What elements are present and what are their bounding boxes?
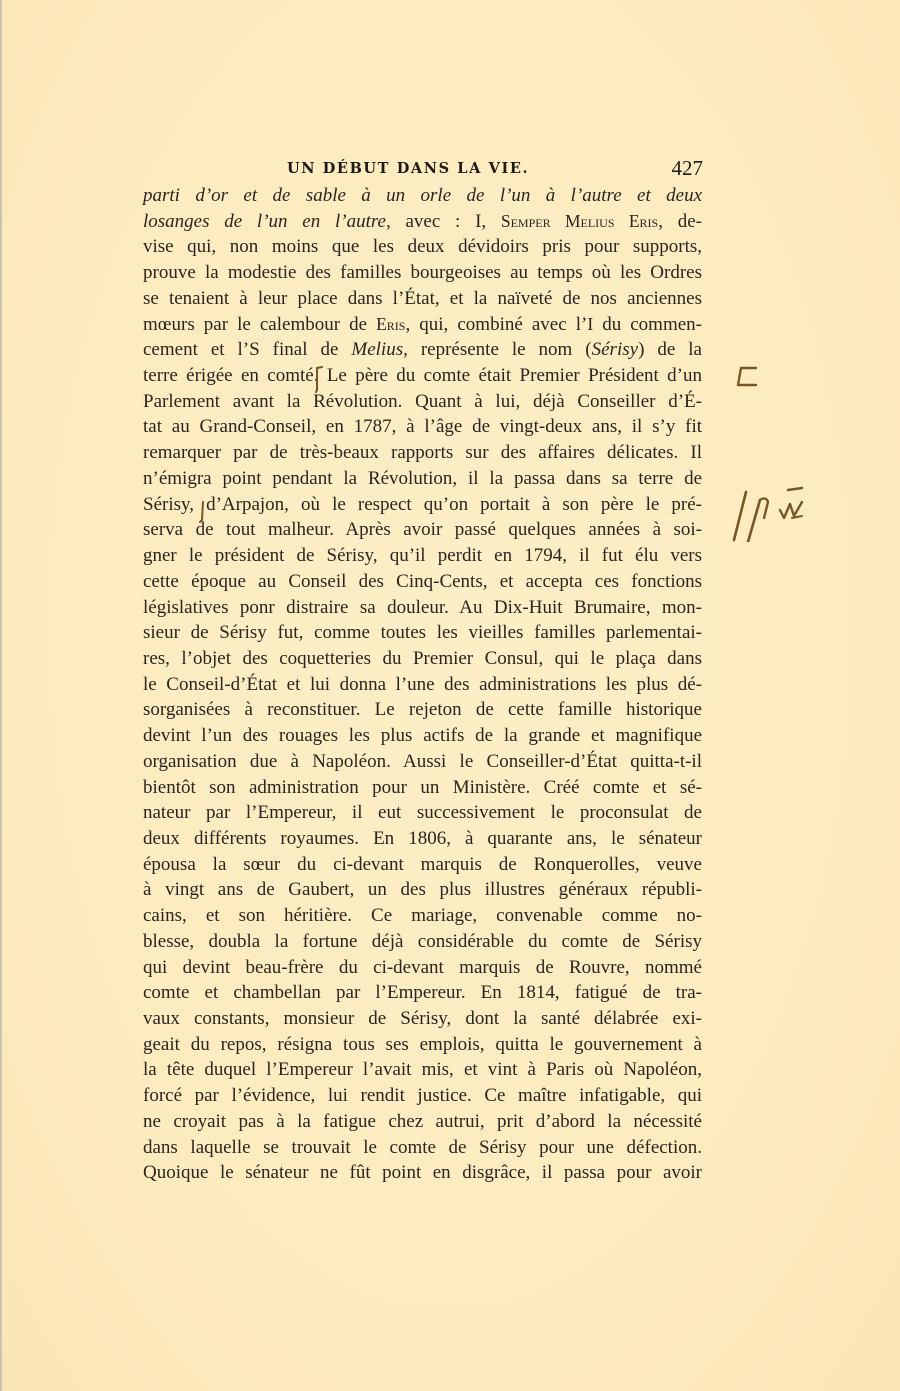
text-line: devint l’un des rouages les plus actifs …	[143, 723, 702, 749]
smallcaps-text: Eris	[376, 314, 405, 334]
page-edge	[0, 0, 2, 1391]
text-line: tat au Grand-Conseil, en 1787, à l’âge d…	[143, 414, 702, 440]
text-line: prouve la modestie des familles bourgeoi…	[143, 260, 702, 286]
text-line: res, l’objet des coquetteries du Premier…	[143, 646, 702, 672]
margin-bracket-mark-icon	[734, 365, 760, 389]
text-line: cette époque au Conseil des Cinq-Cents, …	[143, 569, 702, 595]
text-line: à vingt ans de Gaubert, un des plus illu…	[143, 877, 702, 903]
text-line: Sérisy, d’Arpajon, où le respect qu’on p…	[143, 492, 702, 518]
text-line: vaux constants, monsieur de Sérisy, dont…	[143, 1006, 702, 1032]
italic-text: Melius	[351, 339, 403, 360]
text-line: organisation due à Napoléon. Aussi le Co…	[143, 749, 702, 775]
italic-text: Sérisy	[592, 339, 638, 360]
book-page: UN DÉBUT DANS LA VIE. 427 parti d’or et …	[0, 0, 900, 1391]
inline-bracket-mark-icon	[314, 365, 324, 393]
text-line: terre érigée en comté. Le père du comte …	[143, 363, 702, 389]
text-line: sieur de Sérisy fut, comme toutes les vi…	[143, 620, 702, 646]
text-line: épousa la sœur du ci-devant marquis de R…	[143, 852, 702, 878]
text-line: dans laquelle se trouvait le comte de Sé…	[143, 1135, 702, 1161]
text-span: , représente le nom (	[403, 339, 592, 360]
text-line: deux différents royaumes. En 1806, à qua…	[143, 826, 702, 852]
text-line: blesse, doubla la fortune déjà considéra…	[143, 929, 702, 955]
running-head: UN DÉBUT DANS LA VIE. 427	[0, 157, 703, 183]
text-line: nateur par l’Empereur, il eut successive…	[143, 800, 702, 826]
running-title: UN DÉBUT DANS LA VIE.	[287, 160, 529, 177]
text-span: , de-	[658, 211, 702, 232]
body-text: parti d’or et de sable à un orle de l’un…	[143, 183, 702, 1186]
text-line: losanges de l’un en l’autre, avec : I, S…	[143, 209, 702, 235]
text-line: serva de tout malheur. Après avoir passé…	[143, 517, 702, 543]
text-line: gner le président de Sérisy, qu’il perdi…	[143, 543, 702, 569]
text-line: vise qui, non moins que les deux dévidoi…	[143, 234, 702, 260]
italic-text: parti d’or et de sable à un orle de l’un…	[143, 185, 702, 206]
text-line: le Conseil-d’État et lui donna l’une des…	[143, 672, 702, 698]
text-line: Quoique le sénateur ne fût point en disg…	[143, 1160, 702, 1186]
text-line: bientôt son administration pour un Minis…	[143, 775, 702, 801]
text-line: cains, et son héritière. Ce mariage, con…	[143, 903, 702, 929]
text-span: ) de la	[638, 339, 702, 360]
motto-smallcaps: Semper Melius Eris	[501, 211, 658, 231]
text-span: avec : I,	[391, 211, 501, 232]
text-line: remarquer par de très-beaux rapports sur…	[143, 440, 702, 466]
text-span: , qui, combiné avec l’	[405, 314, 587, 335]
text-line: geait du repos, résigna tous ses emplois…	[143, 1032, 702, 1058]
text-line: parti d’or et de sable à un orle de l’un…	[143, 183, 702, 209]
margin-handwritten-note-icon	[730, 480, 820, 542]
text-line: forcé par l’évidence, lui rendit justice…	[143, 1083, 702, 1109]
text-line: législatives ponr distraire sa douleur. …	[143, 595, 702, 621]
text-line: Parlement avant la Révolution. Quant à l…	[143, 389, 702, 415]
text-line: se tenaient à leur place dans l’État, et…	[143, 286, 702, 312]
text-line: sorganisées à reconstituer. Le rejeton d…	[143, 697, 702, 723]
text-line: cement et l’S final de Melius, représent…	[143, 337, 702, 363]
text-line: n’émigra point pendant la Révolution, il…	[143, 466, 702, 492]
text-line: mœurs par le calembour de Eris, qui, com…	[143, 312, 702, 338]
inline-insertion-mark-icon	[198, 500, 206, 524]
text-line: qui devint beau-frère du ci-devant marqu…	[143, 955, 702, 981]
text-span: du commen-	[593, 314, 702, 335]
text-line: comte et chambellan par l’Empereur. En 1…	[143, 980, 702, 1006]
text-span: cement et l’S final de	[143, 339, 351, 360]
text-span: mœurs par le calembour de	[143, 314, 376, 335]
text-line: ne croyait pas à la fatigue chez autrui,…	[143, 1109, 702, 1135]
page-number: 427	[672, 156, 704, 181]
italic-text: losanges de l’un en l’autre,	[143, 211, 391, 232]
text-line: la tête duquel l’Empereur l’avait mis, e…	[143, 1057, 702, 1083]
